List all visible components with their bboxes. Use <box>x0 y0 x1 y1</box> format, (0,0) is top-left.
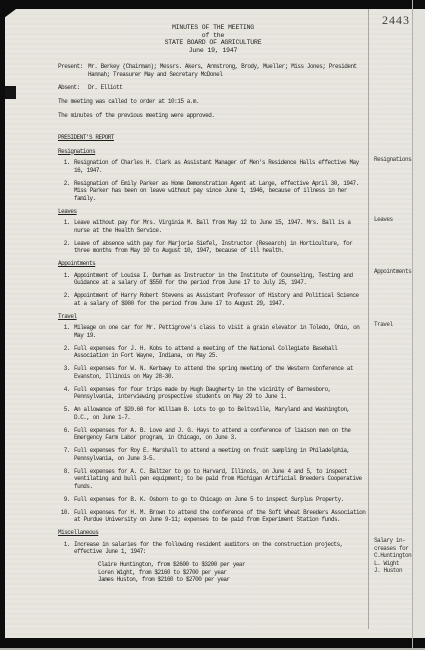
salary-line: Loren Wight, from $2160 to $2700 per yea… <box>98 569 368 577</box>
margin-note: Salary in-creases forC.HuntingtonL. Wigh… <box>374 537 425 575</box>
report-sections: Resignations1.Resignation of Charles H. … <box>58 148 368 584</box>
item-number: 2. <box>58 240 70 255</box>
item-text: Increase in salaries for the following r… <box>74 541 368 556</box>
item-number: 4. <box>58 386 70 401</box>
title-line-4: June 19, 1947 <box>58 47 368 55</box>
item-text: Leave of absence with pay for Marjorie S… <box>74 240 368 255</box>
document-title: MINUTES OF THE MEETING of the STATE BOAR… <box>58 24 368 54</box>
margin-note-line: Travel <box>374 321 425 329</box>
section-heading: Resignations <box>58 148 368 156</box>
section-heading: Travel <box>58 313 368 321</box>
list-item: 1.Mileage on one car for Mr. Pettigrove'… <box>58 324 368 339</box>
item-number: 7. <box>58 447 70 462</box>
item-number: 1. <box>58 272 70 287</box>
margin-note-line: Salary in- <box>374 537 425 545</box>
list-item: 4.Full expenses for four trips made by H… <box>58 386 368 401</box>
minutes-approved-line: The minutes of the previous meeting were… <box>58 112 368 120</box>
list-item: 8.Full expenses for A. C. Baltzer to go … <box>58 468 368 491</box>
present-label: Present: <box>58 63 88 78</box>
salary-line: Claire Huntington, from $2600 to $3200 p… <box>98 561 368 569</box>
item-number: 1. <box>58 541 70 556</box>
margin-note: Travel <box>374 321 425 329</box>
section-heading: Leaves <box>58 208 368 216</box>
section-miscellaneous: Miscellaneous1.Increase in salaries for … <box>58 529 368 584</box>
present-names: Mr. Berkey (Chairman); Messrs. Akers, Ar… <box>88 63 368 78</box>
item-number: 3. <box>58 365 70 380</box>
absent-row: Absent: Dr. Elliott <box>58 84 368 92</box>
page-number: 2443 <box>382 13 410 28</box>
list-item: 2.Resignation of Emily Parker as Home De… <box>58 180 368 203</box>
item-text: An allowance of $20.60 for William B. Lo… <box>74 406 368 421</box>
item-text: Leave without pay for Mrs. Virginia M. B… <box>74 219 368 234</box>
list-item: 7.Full expenses for Roy E. Marshall to a… <box>58 447 368 462</box>
scan-ink-blot <box>5 86 16 99</box>
present-row: Present: Mr. Berkey (Chairman); Messrs. … <box>58 63 368 78</box>
list-item: 5.An allowance of $20.60 for William B. … <box>58 406 368 421</box>
margin-note: Appointments <box>374 268 425 276</box>
absent-label: Absent: <box>58 84 88 92</box>
item-number: 2. <box>58 292 70 307</box>
item-number: 2. <box>58 180 70 203</box>
margin-note: Resignations <box>374 156 425 164</box>
item-text: Full expenses for H. M. Brown to attend … <box>74 509 368 524</box>
item-text: Appointment of Louisa I. Durham as Instr… <box>74 272 368 287</box>
item-text: Full expenses for B. K. Osborn to go to … <box>74 496 368 504</box>
margin-note-line: L. Wight <box>374 560 425 568</box>
section-travel: Travel1.Mileage on one car for Mr. Petti… <box>58 313 368 524</box>
list-item: 10.Full expenses for H. M. Brown to atte… <box>58 509 368 524</box>
margin-note-line: Resignations <box>374 156 425 164</box>
title-line-3: STATE BOARD OF AGRICULTURE <box>58 39 368 47</box>
margin-note-line: J. Huston <box>374 567 425 575</box>
absent-names: Dr. Elliott <box>88 84 368 92</box>
margin-note-line: Appointments <box>374 268 425 276</box>
section-heading: Appointments <box>58 260 368 268</box>
margin-note-line: Leaves <box>374 216 425 224</box>
list-item: 1.Increase in salaries for the following… <box>58 541 368 556</box>
item-text: Mileage on one car for Mr. Pettigrove's … <box>74 324 368 339</box>
item-text: Full expenses for Roy E. Marshall to att… <box>74 447 368 462</box>
item-text: Appointment of Harry Robert Stevens as A… <box>74 292 368 307</box>
scanned-page: 2443 MINUTES OF THE MEETING of the STATE… <box>0 0 425 650</box>
item-text: Full expenses for J. H. Kobs to attend a… <box>74 345 368 360</box>
section-resignations: Resignations1.Resignation of Charles H. … <box>58 148 368 203</box>
item-text: Full expenses for A. C. Baltzer to go to… <box>74 468 368 491</box>
item-text: Full expenses for W. N. Kerbawy to atten… <box>74 365 368 380</box>
list-item: 1.Appointment of Louisa I. Durham as Ins… <box>58 272 368 287</box>
item-number: 1. <box>58 219 70 234</box>
scan-edge-bottom <box>0 638 425 648</box>
section-appointments: Appointments1.Appointment of Louisa I. D… <box>58 260 368 307</box>
item-number: 9. <box>58 496 70 504</box>
list-item: 1.Leave without pay for Mrs. Virginia M.… <box>58 219 368 234</box>
margin-note-line: creases for <box>374 545 425 553</box>
margin-note: Leaves <box>374 216 425 224</box>
list-item: 9.Full expenses for B. K. Osborn to go t… <box>58 496 368 504</box>
title-line-2: of the <box>58 32 368 40</box>
item-text: Full expenses for four trips made by Hug… <box>74 386 368 401</box>
item-number: 1. <box>58 324 70 339</box>
list-item: 1.Resignation of Charles H. Clark as Ass… <box>58 159 368 174</box>
section-leaves: Leaves1.Leave without pay for Mrs. Virgi… <box>58 208 368 255</box>
title-line-1: MINUTES OF THE MEETING <box>58 24 368 32</box>
salary-line: James Huston, from $2160 to $2700 per ye… <box>98 576 368 584</box>
item-number: 6. <box>58 427 70 442</box>
list-item: 2.Leave of absence with pay for Marjorie… <box>58 240 368 255</box>
item-text: Resignation of Charles H. Clark as Assis… <box>74 159 368 174</box>
margin-rule-line <box>368 9 369 629</box>
item-text: Full expenses for A. B. Love and J. G. H… <box>74 427 368 442</box>
item-number: 8. <box>58 468 70 491</box>
list-item: 3.Full expenses for W. N. Kerbawy to att… <box>58 365 368 380</box>
list-item: 2.Appointment of Harry Robert Stevens as… <box>58 292 368 307</box>
margin-note-line: C.Huntington <box>374 552 425 560</box>
salary-sub-lines: Claire Huntington, from $2600 to $3200 p… <box>98 561 368 584</box>
item-number: 5. <box>58 406 70 421</box>
item-text: Resignation of Emily Parker as Home Demo… <box>74 180 368 203</box>
item-number: 2. <box>58 345 70 360</box>
item-number: 10. <box>58 509 70 524</box>
call-to-order-line: The meeting was called to order at 10:15… <box>58 98 368 106</box>
item-number: 1. <box>58 159 70 174</box>
section-heading: Miscellaneous <box>58 529 368 537</box>
document-content: MINUTES OF THE MEETING of the STATE BOAR… <box>58 24 368 589</box>
list-item: 6.Full expenses for A. B. Love and J. G.… <box>58 427 368 442</box>
scan-edge-top <box>0 0 425 9</box>
presidents-report-heading: PRESIDENT'S REPORT <box>58 134 368 142</box>
list-item: 2.Full expenses for J. H. Kobs to attend… <box>58 345 368 360</box>
